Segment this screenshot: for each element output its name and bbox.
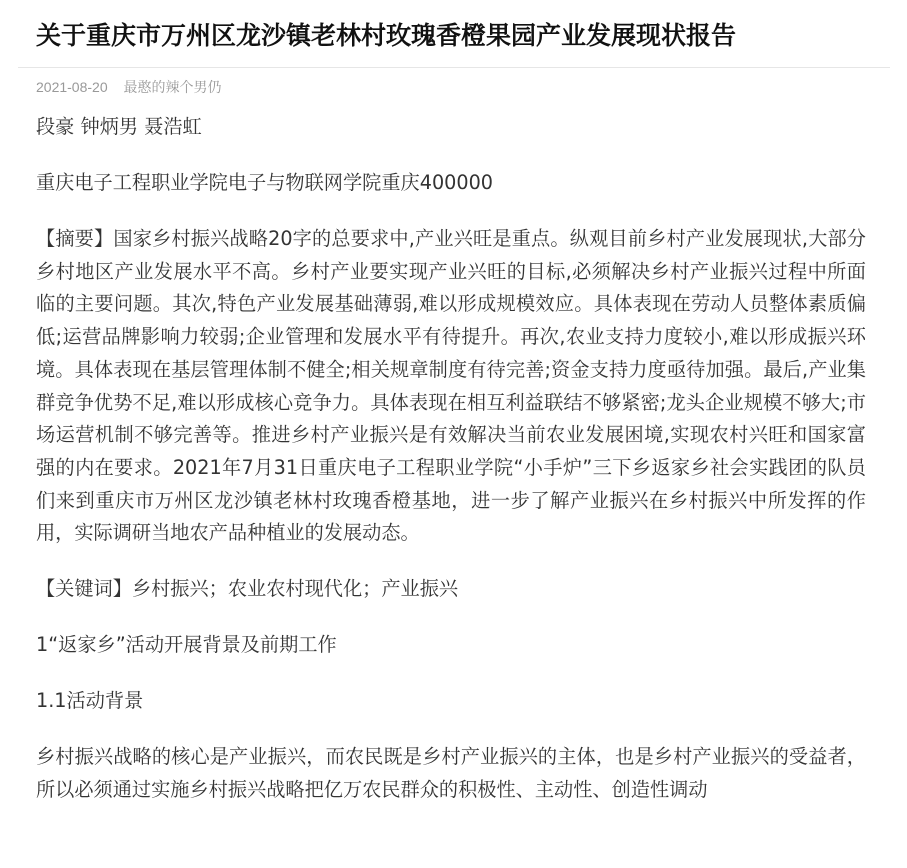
authors-line: 段豪 钟炳男 聂浩虹 — [36, 111, 866, 144]
section-heading-1-1: 1.1活动背景 — [36, 685, 866, 718]
publish-date: 2021-08-20 — [36, 79, 108, 95]
article-meta: 2021-08-20 最憨的辣个男仍 — [36, 77, 222, 97]
article-title: 关于重庆市万州区龙沙镇老林村玫瑰香橙果园产业发展现状报告 — [36, 16, 736, 56]
article-page: 关于重庆市万州区龙沙镇老林村玫瑰香橙果园产业发展现状报告 2021-08-20 … — [0, 0, 907, 868]
author-link[interactable]: 最憨的辣个男仍 — [124, 79, 222, 95]
body-paragraph: 乡村振兴战略的核心是产业振兴，而农民既是乡村产业振兴的主体，也是乡村产业振兴的受… — [36, 741, 866, 806]
abstract-paragraph: 【摘要】国家乡村振兴战略20字的总要求中,产业兴旺是重点。纵观目前乡村产业发展现… — [36, 223, 866, 550]
keywords-line: 【关键词】乡村振兴；农业农村现代化；产业振兴 — [36, 573, 866, 606]
affiliation-line: 重庆电子工程职业学院电子与物联网学院重庆400000 — [36, 167, 866, 200]
article-body: 段豪 钟炳男 聂浩虹 重庆电子工程职业学院电子与物联网学院重庆400000 【摘… — [36, 111, 866, 830]
section-heading-1: 1“返家乡”活动开展背景及前期工作 — [36, 629, 866, 662]
title-divider — [18, 67, 890, 68]
